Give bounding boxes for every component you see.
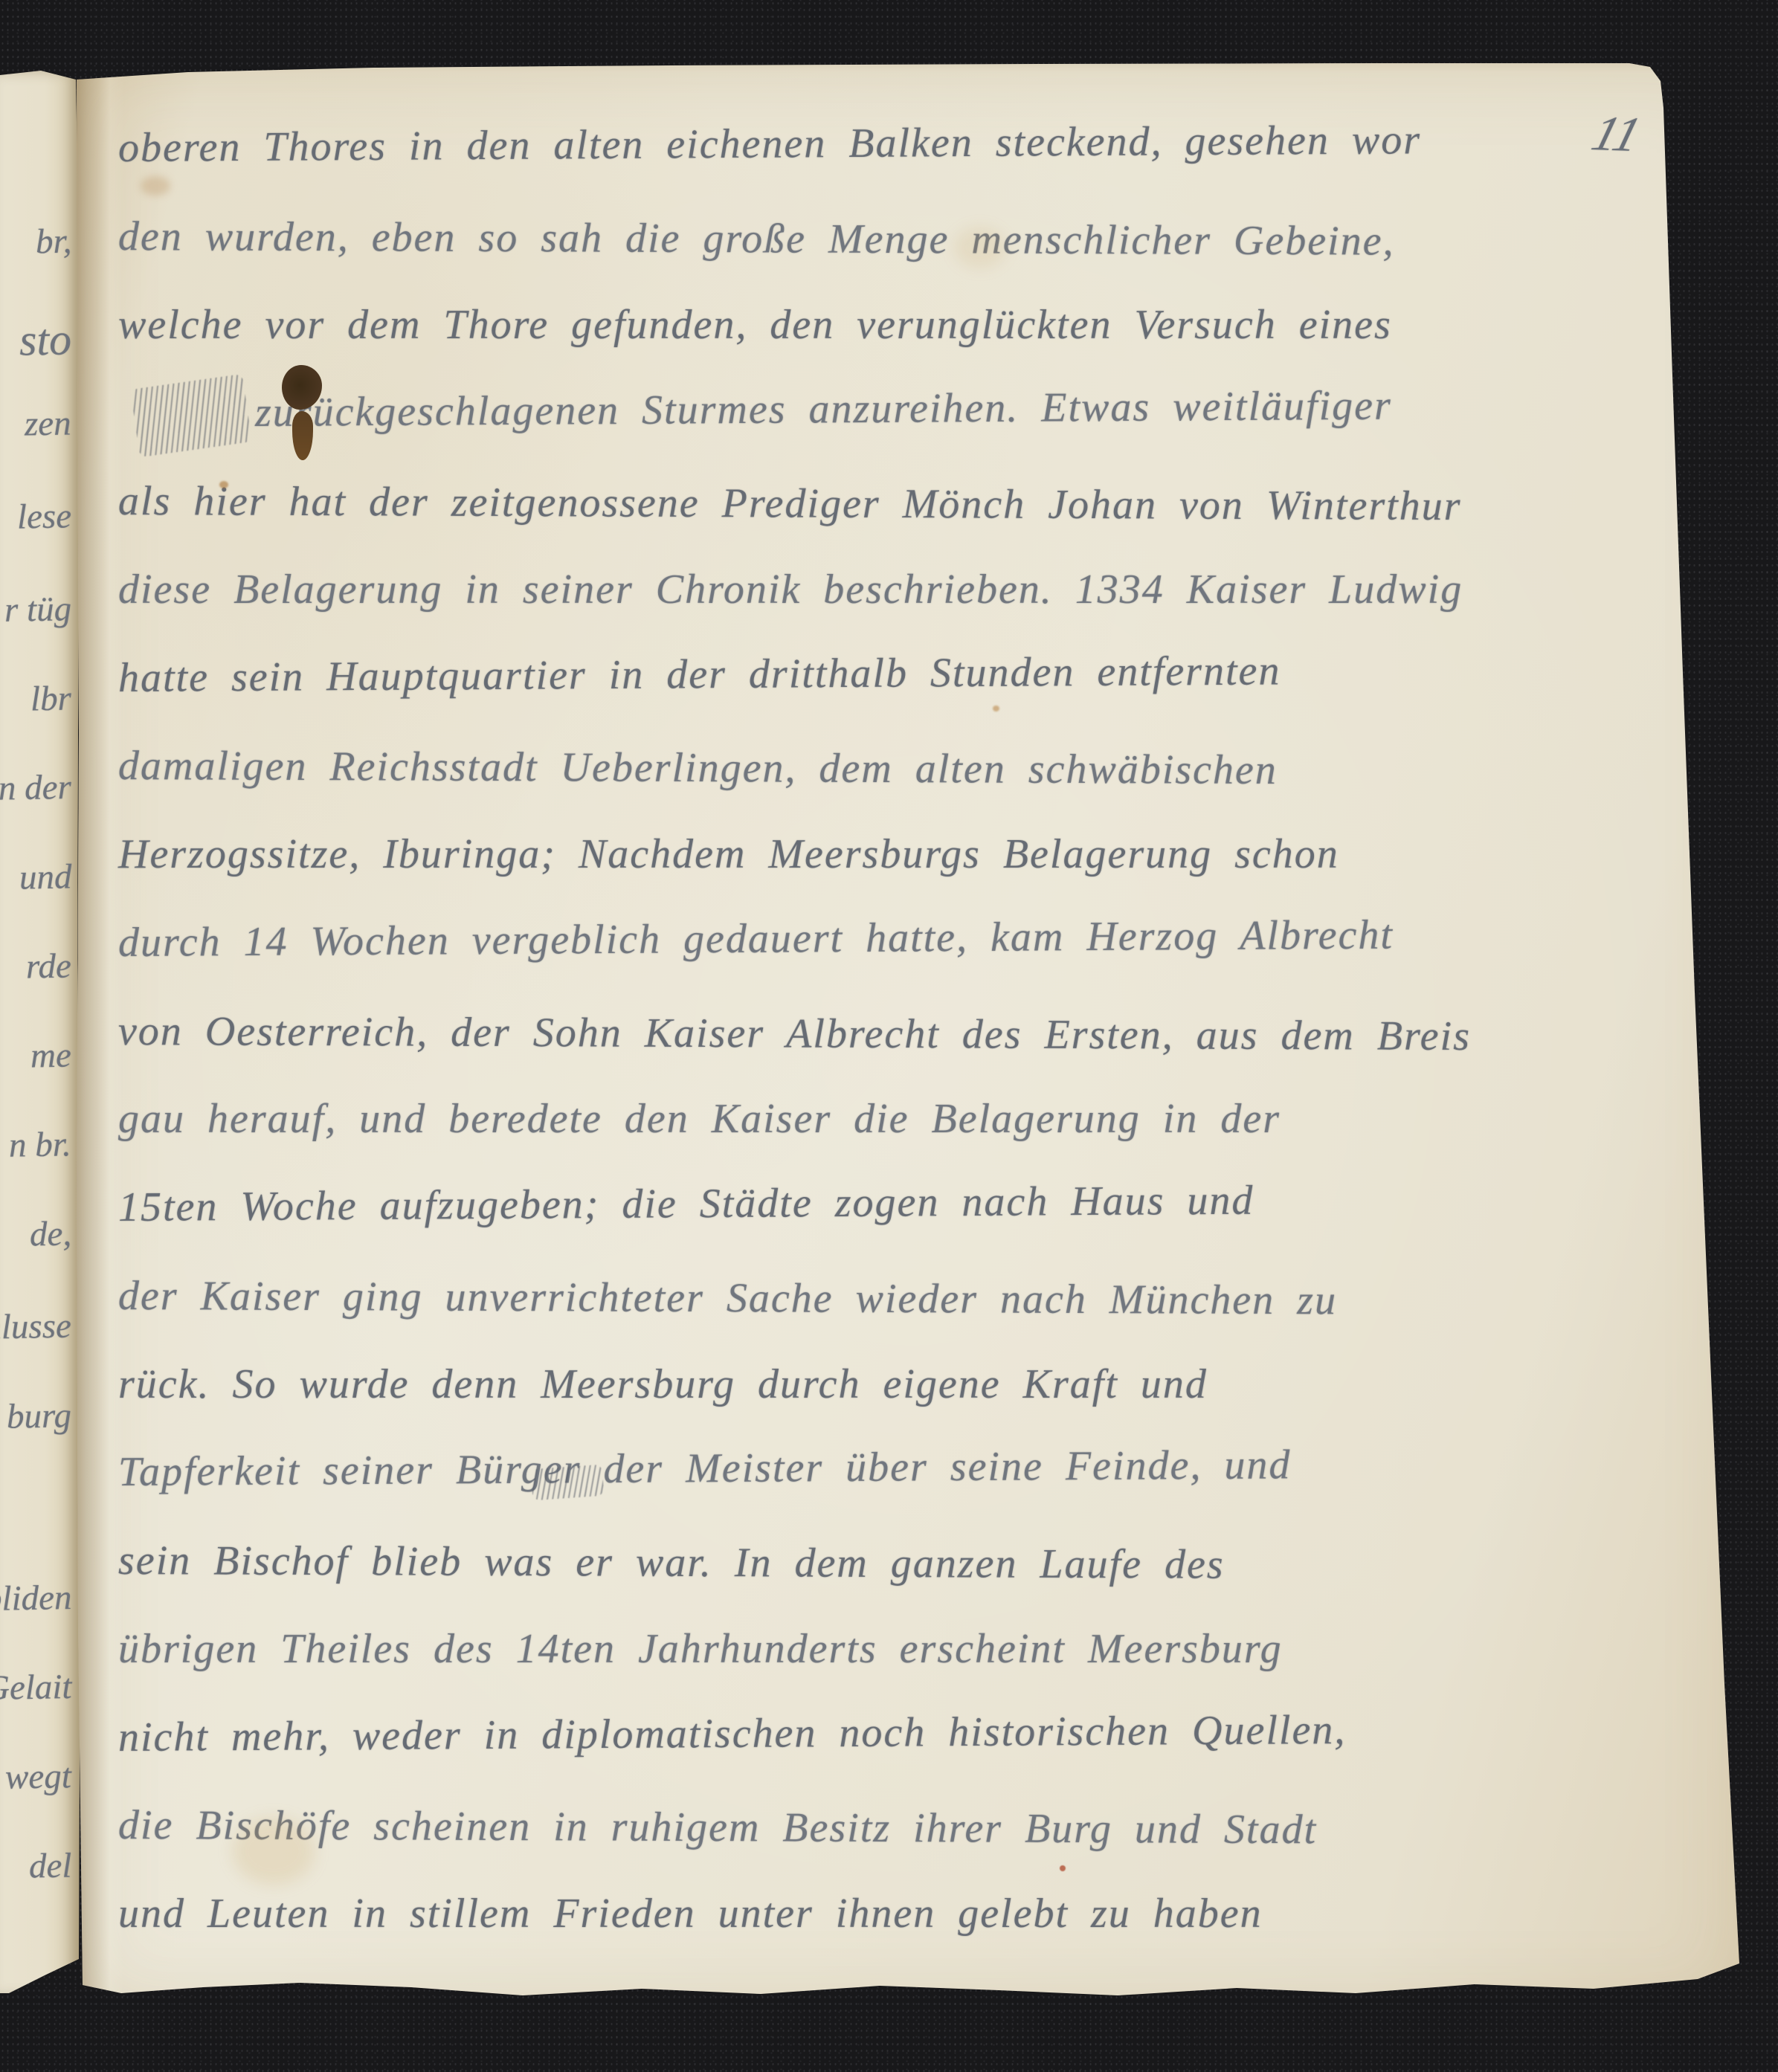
handwriting-line: hatte sein Hauptquartier in der dritthal… bbox=[118, 645, 1702, 701]
left-page-fragment: sto bbox=[19, 317, 71, 362]
handwriting-line: die Bischöfe scheinen in ruhigem Besitz … bbox=[118, 1802, 1702, 1854]
handwriting-line: zurückgeschlagenen Sturmes anzureihen. E… bbox=[255, 381, 1702, 436]
handwriting-line: als hier hat der zeitgenossene Prediger … bbox=[118, 478, 1702, 530]
manuscript-page: 11 oberen Thores in den alten eichenen B… bbox=[77, 63, 1747, 2013]
handwriting-line: übrigen Theiles des 14ten Jahrhunderts e… bbox=[118, 1626, 1702, 1672]
left-page-fragment: burg bbox=[7, 1398, 72, 1435]
handwriting-line: sein Bischof blieb was er war. In dem ga… bbox=[118, 1537, 1702, 1589]
left-page-fragment: und bbox=[19, 859, 71, 895]
handwriting-line: von Oesterreich, der Sohn Kaiser Albrech… bbox=[118, 1008, 1702, 1060]
handwriting-line: welche vor dem Thore gefunden, den verun… bbox=[118, 302, 1702, 348]
stain bbox=[1060, 1865, 1066, 1871]
left-page-fragment: en der bbox=[0, 770, 71, 807]
handwriting-line: diese Belagerung in seiner Chronik besch… bbox=[118, 567, 1702, 613]
handwriting-line: Tapferkeit seiner Bürger der Meister übe… bbox=[118, 1439, 1702, 1495]
stain bbox=[993, 706, 999, 711]
handwriting-line: durch 14 Wochen vergeblich gedauert hatt… bbox=[118, 910, 1702, 966]
handwriting-line: damaligen Reichsstadt Ueberlingen, dem a… bbox=[118, 743, 1702, 795]
left-page-fragment: Gelait bbox=[0, 1670, 71, 1706]
handwriting-line: Herzogssitze, Iburinga; Nachdem Meersbur… bbox=[118, 831, 1702, 877]
photograph-background: { "document": { "page_number": "11", "li… bbox=[0, 0, 1778, 2072]
left-page-fragment: de, bbox=[29, 1217, 71, 1253]
handwriting-line: der Kaiser ging unverrichteter Sache wie… bbox=[118, 1273, 1702, 1325]
left-page-fragment: lbr bbox=[30, 682, 72, 717]
handwriting-line: und Leuten in stillem Frieden unter ihne… bbox=[118, 1891, 1702, 1937]
scribble-strikethrough bbox=[130, 374, 251, 457]
stain bbox=[141, 176, 170, 196]
scribble-strikethrough bbox=[531, 1465, 605, 1501]
left-page-fragment: rde bbox=[26, 949, 72, 984]
handwriting-line: rück. So wurde denn Meersburg durch eige… bbox=[118, 1361, 1702, 1407]
left-page-fragment: n br. bbox=[9, 1127, 71, 1163]
fold-crease bbox=[77, 63, 124, 2013]
handwriting-line: gau herauf, und beredete den Kaiser die … bbox=[118, 1096, 1702, 1142]
left-page-sliver: br, sto zen lese r tüg lbr en der und rd… bbox=[0, 71, 82, 1998]
left-page-fragment: del bbox=[28, 1849, 71, 1885]
left-page-fragment: lese bbox=[17, 499, 72, 535]
left-page-fragment: wegt bbox=[5, 1759, 72, 1795]
left-page-fragment: me bbox=[30, 1039, 72, 1074]
handwriting-line: den wurden, eben so sah die große Menge … bbox=[118, 213, 1702, 265]
handwriting-line: oberen Thores in den alten eichenen Balk… bbox=[118, 115, 1702, 171]
left-page-fragment: br, bbox=[35, 225, 71, 260]
left-page-fragment: zen bbox=[25, 406, 71, 442]
left-page-fragment: bliden bbox=[0, 1581, 71, 1617]
handwriting-line: 15ten Woche aufzugeben; die Städte zogen… bbox=[118, 1175, 1702, 1230]
left-page-fragment: Schlusse bbox=[0, 1309, 71, 1346]
left-page-fragment: r tüg bbox=[4, 592, 71, 628]
handwriting-line: nicht mehr, weder in diplomatischen noch… bbox=[118, 1705, 1702, 1760]
